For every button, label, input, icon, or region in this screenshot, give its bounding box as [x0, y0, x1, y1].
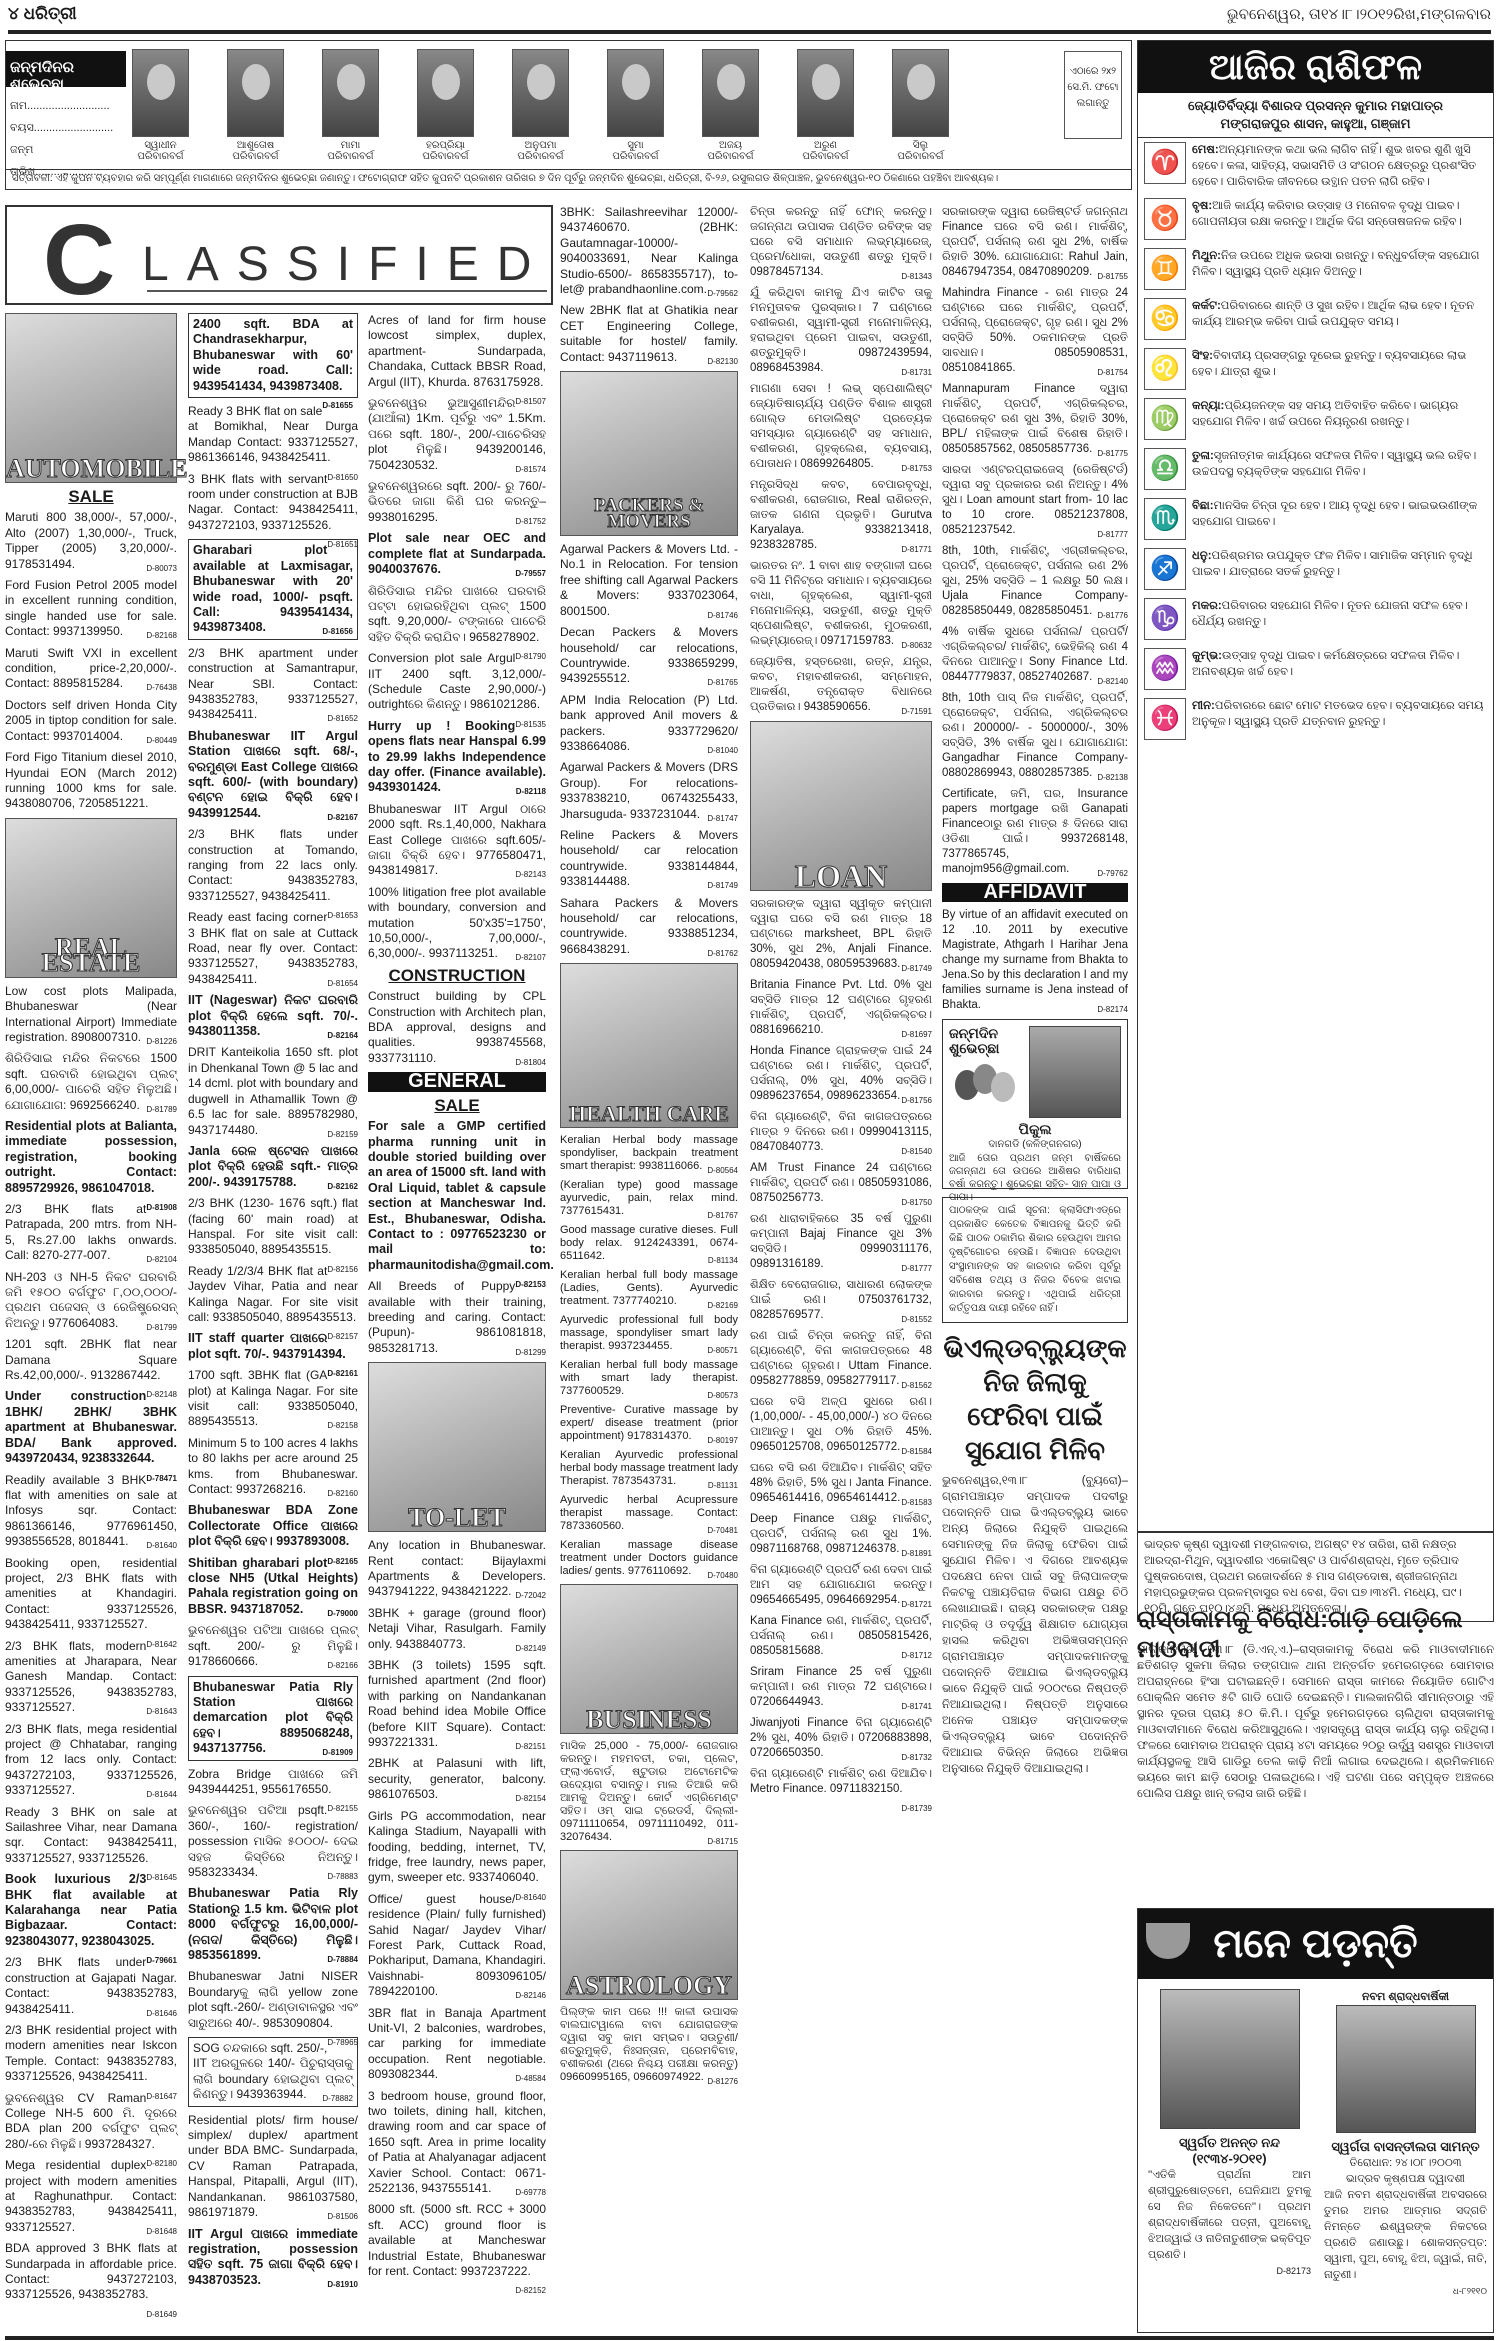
classified-ad: ସରକାରଙ୍କ ଦ୍ୱାରା ସ୍ୱୀକୃତ କମ୍ପାନୀ ଦ୍ୱାରା ଘ…: [750, 897, 932, 972]
classified-ad: Minimum 5 to 100 acres 4 lakhs to 80 lak…: [188, 1436, 358, 1498]
ad-code: D-82149: [515, 1641, 546, 1656]
classified-ad: ଯୁଁ କରିଥିବା କାମକୁ ଯିଏ କାଟିବ ତାକୁ ମନମୁତାବ…: [750, 286, 932, 376]
construction-ad: Construct building by CPL Construction w…: [368, 989, 546, 1066]
zodiac-name: କର୍କଟ:: [1192, 300, 1221, 312]
classified-ad: IIT Argul ପାଖରେ immediate registration, …: [188, 2227, 358, 2289]
tolet-label: TO-LET: [369, 1510, 545, 1525]
ad-text: Gharabari plot available at Laxmisagar, …: [193, 543, 353, 634]
column-astrology-loan: ଚିନ୍ତା କରନ୍ତୁ ନାହିଁ ଫୋନ୍ କରନ୍ତୁ। ଜଗନ୍ନାଥ…: [750, 205, 932, 1816]
kid-family: ପରିବାରବର୍ଗ: [607, 151, 664, 162]
coupon-age-field: ବୟସ..........................: [10, 117, 128, 139]
kid-name: ଅରୁଣ: [797, 140, 854, 151]
ad-code: D-81507: [515, 394, 546, 409]
health-care-image: HEALTH CARE: [560, 963, 738, 1128]
horoscope-title: ଆଜିର ରାଶିଫଳ: [1138, 41, 1493, 93]
zodiac-sign-item: ♏ବିଛା:ମାନସିକ ଚିନ୍ତା ଦୂର ହେବ। ଆୟ ବୃଦ୍ଧି ହ…: [1138, 494, 1493, 544]
ad-code: D-81644: [146, 1787, 177, 1802]
astrology-label: ASTROLOGY: [561, 1978, 737, 1993]
ad-code: D-82169: [707, 1299, 738, 1312]
ad-code: D-81746: [707, 608, 738, 623]
general-sale-heading: SALE: [368, 1098, 546, 1113]
zodiac-icon: ♊: [1144, 248, 1186, 290]
memorial-text-left: ''ଏତିକି ପ୍ରାର୍ଥନା ଆମ ଶ୍ରୀପୁରୁଷୋତ୍ତମେ, ଘେ…: [1142, 2167, 1317, 2263]
classified-ad: Keralian Herbal body massage spondyliser…: [560, 1134, 738, 1173]
classified-ad: Honda Finance ଗ୍ରାହକଙ୍କ ପାଇଁ 24 ଘଣ୍ଟାରେ …: [750, 1044, 932, 1104]
ad-code: D-81646: [146, 2006, 177, 2021]
ad-code: D-82118: [516, 784, 546, 799]
classified-initial: C: [43, 203, 115, 318]
ad-code: D-82180: [146, 2156, 177, 2171]
ad-text: Bhubaneswar Jatni NISER Boundaryକୁ ଲାଗି …: [188, 1969, 358, 2029]
zodiac-sign-item: ♌ସିଂହ:ବିବାଦୀୟ ପ୍ରସଙ୍ଗରୁ ଦୂରେଇ ରୁହନ୍ତୁ। ବ…: [1138, 344, 1493, 394]
classified-ad: 3BHK (3 toilets) 1595 sqft. furnished ap…: [368, 1658, 546, 1750]
zodiac-name: ମିଥୁନ:: [1192, 250, 1221, 262]
ad-code: D-81648: [146, 2224, 177, 2239]
finance-ad-list: ସରକାରଙ୍କ ଦ୍ୱାରା ରେଜିଷ୍ଟର୍ଡ ଜଗନ୍ନାଥ Finan…: [942, 205, 1128, 877]
packers-movers-image: PACKERS & MOVERS: [560, 371, 738, 536]
classified-ad: Keralian massage disease treatment under…: [560, 1539, 738, 1578]
classified-ad: Agarwal Packers & Movers (DRS Group). Fo…: [560, 760, 738, 822]
baby-name: ପିକୁଲ: [949, 1122, 1121, 1137]
ad-text: 2/3 BHK apartment under construction at …: [188, 646, 358, 722]
classified-ad: Bhubaneswar Patia Rly Station ପାଖରେ dema…: [188, 1676, 358, 1761]
kid-name: ହରପ୍ରିୟା: [417, 140, 474, 151]
ad-text: DRIT Kanteikolia 1650 sft. plot in Dhenk…: [188, 1045, 358, 1136]
ad-code: D-82166: [327, 1658, 358, 1673]
ad-text: ଯୁଁ କରିଥିବା କାମକୁ ଯିଏ କାଟିବ ତାକୁ ମନମୁତାବ…: [750, 287, 932, 374]
ad-text: ଭାରତର ନଂ. 1 ବାବା ଶାହ ବଙ୍ଗାଳୀ ଘରେ ବସି 11 …: [750, 560, 932, 647]
classified-ad: 1201 sqft. 2BHK flat near Damana Square …: [5, 1337, 177, 1383]
ad-code: D-82152: [515, 2283, 546, 2298]
ad-code: D-81040: [707, 743, 738, 758]
ad-code: D-82146: [515, 1988, 546, 2003]
ad-code: D-81765: [707, 675, 738, 690]
zodiac-icon: ♉: [1144, 198, 1186, 240]
ad-code: D-81790: [515, 649, 546, 664]
ad-code: D-81756: [901, 1093, 932, 1108]
ad-code: D-82151: [515, 1739, 546, 1754]
real-estate-image: REAL ESTATE: [5, 818, 177, 978]
classified-ad: NH-203 ଓ NH-5 ନିକଟ ଘରବାରି ଜମି ୧୫୦୦ ବର୍ଗଫ…: [5, 1270, 177, 1332]
loan-image: LOAN: [750, 721, 932, 891]
ad-code: D-82158: [327, 1418, 358, 1433]
birthday-photo-row: ସ୍ୱାଧୀନପରିବାରବର୍ଗ ଆଶୁତୋଷପରିବାରବର୍ଗ ମାମାପ…: [132, 49, 949, 162]
kid-family: ପରିବାରବର୍ଗ: [512, 151, 569, 162]
classified-ad: Keralian herbal full body massage (Ladie…: [560, 1269, 738, 1308]
ad-code: D-81741: [901, 1699, 932, 1714]
ad-code: D-81583: [901, 1495, 932, 1510]
classified-ad: ଘରେ ବସି ରଣ ଦିଆଯିବ। ମାର୍କଶିଟ୍ ସହିତ 48% ରି…: [750, 1461, 932, 1506]
zodiac-text-block: କନ୍ୟା:ପ୍ରିୟଜନଙ୍କ ସହ ସମୟ ଅତିବାହିତ କରିବେ। …: [1192, 398, 1487, 440]
ad-code: D-82104: [146, 1252, 177, 1267]
tolet-image: TO-LET: [368, 1362, 546, 1532]
ad-code: D-81299: [515, 1345, 546, 1360]
zodiac-sign-item: ♍କନ୍ୟା:ପ୍ରିୟଜନଙ୍କ ସହ ସମୟ ଅତିବାହିତ କରିବେ।…: [1138, 394, 1493, 444]
classified-ad: APM India Relocation (P) Ltd. bank appro…: [560, 693, 738, 755]
ad-code: D-76438: [146, 680, 177, 695]
ad-text: Bhubaneswar Patia Rly Stationରୁ 1.5 km. …: [188, 1886, 358, 1962]
ad-code: D-81747: [707, 811, 738, 826]
classified-ad: ରଣ ପାଇଁ ଚିନ୍ତା କରନ୍ତୁ ନାହିଁ, ବିନା ଗ୍ୟାରେ…: [750, 1329, 932, 1389]
classified-ad: Ayurvedic herbal Acupressure therapist m…: [560, 1494, 738, 1533]
birthday-greeting-pikul: ଜନ୍ମଦିନ ଶୁଭେଚ୍ଛା ପିକୁଲ ଦାନଗଡି (କଳିଙ୍ଗନଗର…: [942, 1019, 1128, 1189]
property-ad-list: 2400 sqft. BDA at Chandrasekharpur, Bhub…: [188, 313, 358, 2288]
packers-label: PACKERS & MOVERS: [561, 498, 737, 529]
kid-card: ଅଜୟପରିବାରବର୍ଗ: [702, 49, 759, 162]
ad-code: D-80449: [146, 733, 177, 748]
ad-text: ସରକାରଙ୍କ ଦ୍ୱାରା ରେଜିଷ୍ଟର୍ଡ ଜଗନ୍ନାଥ Finan…: [942, 206, 1128, 278]
vlw-news-body: ଭୁବନେଶ୍ୱର,୧୩।୮ (ବ୍ୟୁରୋ)– ଗ୍ରାମପଞ୍ଚାୟତ ସମ…: [942, 1473, 1128, 1777]
ad-text: 8th, 10th, ମାର୍କଶିଟ୍, ଏଗ୍ରୀକଲ୍ଚର, ପ୍ରପର୍…: [942, 545, 1128, 617]
ad-code: D-80571: [707, 1344, 738, 1357]
kid-name: ମାମା: [322, 140, 379, 151]
ad-text: Certificate, ଜମି, ଘର, Insurance papers m…: [942, 788, 1128, 875]
classified-ad: DRIT Kanteikolia 1650 sft. plot in Dhenk…: [188, 1045, 358, 1137]
classified-ad: Bhubaneswar IIT Argul ଠାରେ 2000 sqft. Rs…: [368, 802, 546, 879]
memorial-text-right: ଆଜି ନବମ ଶ୍ରାଦ୍ଧବାର୍ଷିକୀ ଅବସରରେ ତୁମର ଅମର …: [1318, 2187, 1493, 2283]
ad-code: D-82154: [515, 1791, 546, 1806]
column-finance-affidavit: ସରକାରଙ୍କ ଦ୍ୱାରା ରେଜିଷ୍ଟର୍ଡ ଜଗନ୍ନାଥ Finan…: [942, 205, 1128, 1777]
zodiac-text-block: ସିଂହ:ବିବାଦୀୟ ପ୍ରସଙ୍ଗରୁ ଦୂରେଇ ରୁହନ୍ତୁ। ବ୍…: [1192, 348, 1487, 390]
kid-photo: [892, 49, 949, 137]
memorial-title-bar: ମନେ ପଡ଼ନ୍ତି: [1138, 1909, 1493, 1979]
ad-code: D-81754: [1097, 365, 1128, 380]
classified-ad: ଶିରିଡିସାଇ ମନ୍ଦିର ନିକଟରେ 1500 sqft. ଘରବାର…: [5, 1051, 177, 1113]
ad-text: 3BHK (3 toilets) 1595 sqft. furnished ap…: [368, 1658, 546, 1749]
baby-place: ଦାନଗଡି (କଳିଙ୍ଗନଗର): [949, 1137, 1121, 1152]
ad-code: D-82156: [327, 1262, 358, 1277]
zodiac-name: ଧନୁ:: [1192, 550, 1212, 562]
zodiac-sign-item: ♑ମକର:ପରିବାରର ସହଯୋଗ ମିଳିବ। ନୂତନ ଯୋଜନା ସଫଳ…: [1138, 594, 1493, 644]
kid-card: ସିଲୁପରିବାରବର୍ଗ: [892, 49, 949, 162]
classified-ad: Jiwanjyoti Finance ବିନା ଗ୍ୟାରେଣ୍ଟି 2% ସୁ…: [750, 1716, 932, 1761]
classified-ad: Janla ରେଳ ଷ୍ଟେସନ ପାଖରେ plot ବିକ୍ରି ହେଉଛି…: [188, 1144, 358, 1190]
ad-code: D-81643: [146, 1704, 177, 1719]
zodiac-text-block: କୁମ୍ଭ:ଉତ୍ସାହ ବୃଦ୍ଧି ପାଇବ। କର୍ମକ୍ଷେତ୍ରରେ …: [1192, 648, 1487, 690]
ad-code: D-81645: [146, 1870, 177, 1885]
memorial-left: ସ୍ୱର୍ଗତ ଅନନ୍ତ ନନ୍ଦ (୧୯୩୪-୨୦୧୧) ''ଏତିକି ପ…: [1142, 1989, 1317, 2279]
packers-ad-list: Agarwal Packers & Movers Ltd. - No.1 in …: [560, 542, 738, 957]
zodiac-text-block: ମେଷ:ଅନ୍ୟମାନଙ୍କ କଥା ଭଲ ଲାଗିବ ନାହିଁ। ଶୁଭ ଖ…: [1192, 142, 1487, 190]
ad-text: For sale a GMP certified pharma running …: [368, 1119, 554, 1272]
classified-ad: Low cost plots Malipada, Bhubaneswar (Ne…: [5, 984, 177, 1046]
classified-ad: Maruti 800 38,000/-, 57,000/-, Alto (200…: [5, 510, 177, 572]
ad-code: D-78883: [327, 1869, 358, 1884]
ad-code: D-70480: [707, 1569, 738, 1582]
ad-code: D-79661: [146, 1953, 177, 1968]
zodiac-icon: ♈: [1144, 142, 1186, 184]
kid-name: ଆଶୁତୋଷ: [227, 140, 284, 151]
kid-photo: [512, 49, 569, 137]
classified-ad: 3 bedroom house, ground floor, two toile…: [368, 2089, 546, 2197]
classified-ad: Reline Packers & Movers household/ car r…: [560, 828, 738, 890]
deceased-name-right: ସ୍ୱର୍ଗତା ବାସନ୍ତୀଲତା ସାମନ୍ତ: [1318, 2139, 1493, 2155]
classified-ad: ଘରେ ବସି ଅଳ୍ପ ସୁଧରେ ରଣ। (1,00,000/- - 45,…: [750, 1395, 932, 1455]
affidavit-heading: AFFIDAVIT: [942, 883, 1128, 902]
ad-code: D-82159: [327, 1127, 358, 1142]
column-land-general-tolet: Acres of land for firm house lowcost sim…: [368, 313, 546, 2299]
kid-card: ଅନୁପମାପରିବାରବର୍ଗ: [512, 49, 569, 162]
real-estate-label: REAL ESTATE: [6, 940, 176, 971]
ad-code: D-81649: [146, 2307, 177, 2322]
ad-text: Agarwal Packers & Movers Ltd. - No.1 in …: [560, 542, 738, 618]
ad-code: D-81697: [901, 1027, 932, 1042]
kid-name: ଅନୁପମା: [512, 140, 569, 151]
anniversary-heading: ନବମ ଶ୍ରାଦ୍ଧବାର୍ଷିକୀ: [1318, 1989, 1493, 2005]
ad-text: Residential plots/ firm house/ simplex/ …: [188, 2113, 358, 2219]
ad-code: D-81732: [901, 1750, 932, 1765]
zodiac-name: ସିଂହ:: [1192, 350, 1213, 362]
ad-text: 1201 sqft. 2BHK flat near Damana Square …: [5, 1337, 177, 1382]
ad-code: D-81343: [901, 269, 932, 284]
classified-ad: ଶିକ୍ଷିତ ବେରୋଜଗାର, ସାଧାରଣ ଲୋକଙ୍କ ପାଇଁ ରଣ।…: [750, 1278, 932, 1323]
kid-family: ପରିବାରବର୍ଗ: [702, 151, 759, 162]
ad-code: D-79562: [707, 286, 738, 301]
ad-text: ଶିରିଡିସାଇ ମନ୍ଦିର ପାଖରେ ଘରବାରି ପଟ୍ଟା ହୋଇର…: [368, 584, 546, 644]
zodiac-sign-item: ♒କୁମ୍ଭ:ଉତ୍ସାହ ବୃଦ୍ଧି ପାଇବ। କର୍ମକ୍ଷେତ୍ରରେ…: [1138, 644, 1493, 694]
ad-code: D-81642: [146, 1637, 177, 1652]
ad-code: D-81776: [1097, 608, 1128, 623]
ad-text: 3 bedroom house, ground floor, two toile…: [368, 2089, 546, 2195]
classified-ad: Sahara Packers & Movers household/ car r…: [560, 896, 738, 958]
kid-family: ପରିବାରବର୍ଗ: [417, 151, 474, 162]
ad-code: D-81752: [515, 514, 546, 529]
loan-label: LOAN: [751, 869, 931, 884]
ad-code: D-79557: [515, 566, 546, 581]
zodiac-text-block: ତୁଳା:ସୃଜନାତ୍ମକ କାର୍ଯ୍ୟରେ ସଫଳତା ମିଳିବ। ସ୍…: [1192, 448, 1487, 490]
ad-code: D-81731: [901, 365, 932, 380]
ad-code: D-81535: [515, 717, 546, 732]
classified-ad: 2400 sqft. BDA at Chandrasekharpur, Bhub…: [188, 313, 358, 398]
ad-code: D-81584: [901, 1444, 932, 1459]
classified-ad: Bhubaneswar BDA Zone Collectorate Office…: [188, 1503, 358, 1549]
zodiac-name: କୁମ୍ଭ:: [1192, 650, 1222, 662]
ad-code: D-82162: [327, 1179, 358, 1194]
ad-text: Mannapuram Finance ଦ୍ୱାରା ମାର୍କଶିଟ୍, ପ୍ର…: [942, 383, 1128, 455]
birthday-wishes-strip: ଜନ୍ମଦିନର ଶୁଭେଚ୍ଛା ନାମ...................…: [5, 40, 1132, 190]
zodiac-sign-item: ♐ଧନୁ:ପରିଶ୍ରମର ଉପଯୁକ୍ତ ଫଳ ମିଳିବ। ସାମାଜିକ …: [1138, 544, 1493, 594]
classified-ad: 8000 sft. (5000 sft. RCC + 3000 sft. ACC…: [368, 2202, 546, 2279]
vlw-news-headline: ଭିଏଲ୍‌ଡବ୍ଲ୍ୟୁଙ୍କ ନିଜ ଜିଲାକୁ ଫେରିବା ପାଇଁ …: [942, 1331, 1128, 1467]
ad-code: D-82143: [515, 867, 546, 882]
ad-code: D-80564: [707, 1164, 738, 1177]
classified-ad: ଜ୍ୟୋତିଷ, ହସ୍ତରେଖା, ରତ୍ନ, ଯନ୍ତ୍ର, କବଚ, ମହ…: [750, 655, 932, 715]
ad-code: D-80197: [707, 1434, 738, 1447]
classified-ad: Deep Finance ପକ୍ଷରୁ ମାର୍କଶିଟ୍, ପ୍ରପର୍ଟି,…: [750, 1512, 932, 1557]
ad-code: D-81749: [707, 878, 738, 893]
kid-photo: [797, 49, 854, 137]
classified-ad: ବିନା ଗ୍ୟାରେଣ୍ଟି ପ୍ରପର୍ଟି ରଣ ଦେବା ପାଇଁ ଆମ…: [750, 1563, 932, 1608]
business-label: BUSINESS: [561, 1712, 737, 1727]
column-services: 3BHK: Sailashreevihar 12000/- 9437460670…: [560, 205, 738, 2090]
kid-card: ହରପ୍ରିୟାପରିବାରବର୍ଗ: [417, 49, 474, 162]
zodiac-sign-item: ♓ମୀନ:ପରିବାରରେ ଛୋଟ ମୋଟ ମତଭେଦ ହେବ। ବ୍ୟବସାୟ…: [1138, 694, 1493, 744]
zodiac-text-block: ଧନୁ:ପରିଶ୍ରମର ଉପଯୁକ୍ତ ଫଳ ମିଳିବ। ସାମାଜିକ ସ…: [1192, 548, 1487, 590]
ad-text: 100% litigation free plot available with…: [368, 885, 546, 961]
ad-code: D-82157: [327, 1329, 358, 1344]
column-property-ads: 2400 sqft. BDA at Chandrasekharpur, Bhub…: [188, 313, 358, 2294]
ad-code: D-71591: [901, 704, 932, 719]
ad-text: Bhubaneswar IIT Argul Station ପାଖରେ sqft…: [188, 729, 358, 820]
kid-card: ସ୍ୱାଧୀନପରିବାରବର୍ଗ: [132, 49, 189, 162]
ad-code: D-81652: [327, 711, 358, 726]
zodiac-sign-item: ♎ତୁଳା:ସୃଜନାତ୍ମକ କାର୍ଯ୍ୟରେ ସଫଳତା ମିଳିବ। ସ…: [1138, 444, 1493, 494]
ad-code: D-78884: [327, 1952, 358, 1967]
ad-code: D-82167: [327, 810, 358, 825]
ad-code: D-80632: [901, 638, 932, 653]
ad-text: ସାରଦା ଏଣ୍ଟରପ୍ରାଇଜେସ୍ (ରେଜିଷ୍ଟର୍ଡ) ଦ୍ୱାରା…: [942, 464, 1128, 536]
kid-photo: [132, 49, 189, 137]
business-ad: ମାସିକ 25,000 - 75,000/- ରୋଜଗାର କରନ୍ତୁ। ମ…: [560, 1740, 738, 1844]
page-header: ୪ ଧରିତ୍ରୀ ଭୁବନେଶ୍ୱର, ତା୧୪।୮।୨୦୧୨ରିଖ,ମଙ୍ଗ…: [8, 4, 1491, 30]
kid-card: ଆଶୁତୋଷପରିବାରବର୍ଗ: [227, 49, 284, 162]
zodiac-prediction: ଉତ୍ସାହ ବୃଦ୍ଧି ପାଇବ। କର୍ମକ୍ଷେତ୍ରରେ ସଫଳତା …: [1192, 650, 1459, 678]
ad-text: 2400 sqft. BDA at Chandrasekharpur, Bhub…: [193, 317, 353, 393]
zodiac-prediction: ବିବାଦୀୟ ପ୍ରସଙ୍ଗରୁ ଦୂରେଇ ରୁହନ୍ତୁ। ବ୍ୟବସାୟ…: [1192, 350, 1466, 378]
kid-card: ମାମାପରିବାରବର୍ଗ: [322, 49, 379, 162]
ad-code: D-81540: [901, 1144, 932, 1159]
classified-ad: 2/3 BHK flats, mega residential project …: [5, 1722, 177, 1799]
ad-code: D-81739: [901, 1801, 932, 1816]
ad-text: 2/3 BHK (1230- 1676 sqft.) flat (facing …: [188, 1196, 358, 1256]
kid-name: ସିଲୁ: [892, 140, 949, 151]
classified-banner: C LASSIFIED: [5, 205, 553, 305]
ad-text: Zobra Bridge ପାଖରେ ଜମି 9439444251, 95561…: [188, 1767, 358, 1796]
ad-text: Bhubaneswar IIT Argul ଠାରେ 2000 sqft. Rs…: [368, 802, 546, 878]
classified-ad: Britania Finance Pvt. Ltd. 0% ସୁଧ ସବ୍‌ସି…: [750, 978, 932, 1038]
classified-ad: Mahindra Finance - ରଣ ମାତ୍ର 24 ଘଣ୍ଟାରେ ଘ…: [942, 286, 1128, 376]
memorial-title: ମନେ ପଡ଼ନ୍ତି: [1213, 1922, 1417, 1966]
zodiac-name: ମକର:: [1192, 600, 1222, 612]
ad-code: D-81891: [901, 1546, 932, 1561]
zodiac-name: ମୀନ:: [1192, 700, 1215, 712]
deceased-years: (୧୯୩୪-୨୦୧୧): [1142, 2151, 1317, 2167]
ad-code: D-82153: [515, 1277, 546, 1292]
kid-name: ସୁମା: [607, 140, 664, 151]
classified-ad: Ford Fusion Petrol 2005 model in excelle…: [5, 578, 177, 640]
kid-family: ପରିବାରବର୍ଗ: [892, 151, 949, 162]
classified-ad: BDA approved 3 BHK flats at Sundarpada i…: [5, 2241, 177, 2303]
header-rule: [8, 30, 1491, 34]
general-ad-list: For sale a GMP certified pharma running …: [368, 1119, 546, 1356]
ad-code: D-81910: [327, 2277, 358, 2292]
zodiac-sign-item: ♈ମେଷ:ଅନ୍ୟମାନଙ୍କ କଥା ଭଲ ଲାଗିବ ନାହିଁ। ଶୁଭ …: [1138, 138, 1493, 194]
kid-family: ପରିବାରବର୍ଗ: [322, 151, 379, 162]
ad-code: D-78471: [146, 1471, 177, 1486]
tolet-ad-list: Any location in Bhubaneswar. Rent contac…: [368, 1538, 546, 2279]
ad-text: 2/3 BHK flats, mega residential project …: [5, 1722, 177, 1798]
classified-ad: Residential plots/ firm house/ simplex/ …: [188, 2113, 358, 2221]
balloon-icon: [991, 1072, 1015, 1102]
ad-code: D-82107: [515, 950, 546, 965]
classified-ad: ଭୁବନେଶ୍ୱର ପଟିଆ ପାଖରେ ପ୍ଲଟ୍ sqft. 200/- ର…: [188, 1623, 358, 1669]
classified-ad: ବିନା ଗ୍ୟାରେଣ୍ଟି, ବିନା କାଗଜପତ୍ରରେ ମାତ୍ର ୨…: [750, 1110, 932, 1155]
ad-text: Ford Figo Titanium diesel 2010, Hyundai …: [5, 750, 177, 810]
kid-name: ଅଜୟ: [702, 140, 759, 151]
ad-code: D-82140: [1097, 674, 1128, 689]
classified-ad: 3BHK + garage (ground floor) Netaji Viha…: [368, 1606, 546, 1652]
kid-family: ପରିବାରବର୍ଗ: [132, 151, 189, 162]
kid-photo: [417, 49, 474, 137]
zodiac-name: ବୃଷ:: [1192, 200, 1212, 212]
ad-code: D-82164: [327, 1028, 358, 1043]
ad-code: D-81777: [1097, 527, 1128, 542]
classified-ad: Preventive- Curative massage by expert/ …: [560, 1404, 738, 1443]
ad-code: D-81640: [515, 1890, 546, 1905]
zodiac-prediction: ପରିବାରରେ ଛୋଟ ମୋଟ ମତଭେଦ ହେବ। ବ୍ୟବସାୟରେ ସମ…: [1192, 700, 1483, 728]
ad-text: Booking open, residential project, 2/3 B…: [5, 1556, 177, 1632]
classified-ad: IIT (Nageswar) ନିକଟ ଘରବାରି plot ବିକ୍ରି ହ…: [188, 993, 358, 1039]
ad-code: D-81908: [146, 1200, 177, 1215]
banner-underline: [147, 290, 547, 292]
zodiac-prediction: ପରିବାରର ସହଯୋଗ ମିଳିବ। ନୂତନ ଯୋଜନା ସଫଳ ହେବ।…: [1192, 600, 1468, 628]
classified-ad: 2/3 BHK apartment under construction at …: [188, 646, 358, 723]
ad-text: Ready 3 BHK on sale at Sailashree Vihar,…: [5, 1805, 177, 1865]
kid-photo: [702, 49, 759, 137]
ad-code: D-80573: [707, 1389, 738, 1402]
ad-code: ଧ-୮୨୧୧୦: [1318, 2283, 1493, 2299]
astrologer-address: ମଙ୍ଗରାଜପୁର ଶାସନ, କାହୁଆ, ଗଞ୍ଜାମ: [1142, 115, 1489, 133]
ad-text: Girls PG accommodation, near Kalinga Sta…: [368, 1809, 546, 1885]
zodiac-name: ମେଷ:: [1192, 144, 1219, 156]
sale-heading: SALE: [5, 489, 177, 504]
zodiac-prediction: ସୃଜନାତ୍ମକ କାର୍ଯ୍ୟରେ ସଫଳତା ମିଳିବ। ସ୍ୱାସ୍ଥ…: [1192, 450, 1476, 478]
classified-ad: Any location in Bhubaneswar. Rent contac…: [368, 1538, 546, 1600]
classified-ad: AM Trust Finance 24 ଘଣ୍ଟାରେ ମାର୍କଶିଟ୍, ପ…: [750, 1161, 932, 1206]
classified-ad: Office/ guest house/ residence (Plain/ f…: [368, 1892, 546, 2000]
ad-code: D-70481: [707, 1524, 738, 1537]
zodiac-prediction: ପରିଶ୍ରମର ଉପଯୁକ୍ତ ଫଳ ମିଳିବ। ସାମାଜିକ ସମ୍ମା…: [1192, 550, 1473, 578]
ad-code: D-81653: [327, 908, 358, 923]
ad-code: D-82148: [146, 1387, 177, 1402]
ad-text: 8000 sft. (5000 sft. RCC + 3000 sft. ACC…: [368, 2202, 546, 2278]
deceased-photo-right: [1336, 2005, 1476, 2133]
column-automobile-realestate: AUTOMOBILE SALE Maruti 800 38,000/-, 57,…: [5, 313, 177, 2322]
astrologer-name: ଜ୍ୟୋତିର୍ବିଦ୍ୟା ବିଶାରଦ ପ୍ରସନ୍ନ କୁମାର ମହାପ…: [1142, 97, 1489, 115]
classified-ad: Ready 3 BHK on sale at Sailashree Vihar,…: [5, 1805, 177, 1867]
ad-code: D-81650: [327, 470, 358, 485]
ad-text: Bhubaneswar BDA Zone Collectorate Office…: [188, 1503, 358, 1548]
ad-code: D-78882: [322, 2091, 353, 2106]
birthday-title: ଜନ୍ମଦିନର ଶୁଭେଚ୍ଛା: [6, 51, 126, 87]
ad-code: D-81134: [708, 1254, 738, 1267]
ad-code: D-81506: [327, 2209, 358, 2224]
zodiac-sign-item: ♋କର୍କଟ:ପରିବାରରେ ଶାନ୍ତି ଓ ସୁଖ ରହିବ। ଆର୍ଥି…: [1138, 294, 1493, 344]
ad-code: D-48584: [515, 2071, 546, 2086]
tithi: ଭାଦ୍ରବ କୃଷ୍ଣପକ୍ଷ ଦ୍ୱାଦଶୀ: [1318, 2171, 1493, 2187]
kid-family: ପରିବାରବର୍ଗ: [227, 151, 284, 162]
classified-ad: Bhubaneswar Jatni NISER Boundaryକୁ ଲାଗି …: [188, 1969, 358, 2031]
classified-ad: Zobra Bridge ପାଖରେ ଜମି 9439444251, 95561…: [188, 1767, 358, 1798]
business-image: BUSINESS: [560, 1584, 738, 1734]
zodiac-text-block: ବୃଷ:ଆଜି କାର୍ଯ୍ୟ କରିବାର ଉତ୍ସାହ ଓ ମନୋବଳ ବୃ…: [1192, 198, 1487, 240]
ad-text: Office/ guest house/ residence (Plain/ f…: [368, 1892, 546, 1998]
ad-text: 2/3 BHK flats under construction at Toma…: [188, 827, 358, 903]
ad-code: D-81749: [901, 961, 932, 976]
zodiac-icon: ♐: [1144, 548, 1186, 590]
ad-text: Mahindra Finance - ରଣ ମାତ୍ର 24 ଘଣ୍ଟାରେ ଘ…: [942, 287, 1128, 374]
kid-photo: [607, 49, 664, 137]
land-ad-list: Acres of land for firm house lowcost sim…: [368, 313, 546, 962]
classified-ad: Acres of land for firm house lowcost sim…: [368, 313, 546, 390]
memorial-notice: ମନେ ପଡ଼ନ୍ତି ସ୍ୱର୍ଗତ ଅନନ୍ତ ନନ୍ଦ (୧୯୩୪-୨୦୧…: [1137, 1908, 1494, 2333]
classified-ad: Decan Packers & Movers household/ car re…: [560, 625, 738, 687]
ad-code: D-81775: [1097, 446, 1128, 461]
ad-code: D-80073: [146, 561, 177, 576]
ad-code: D-81574: [515, 462, 546, 477]
classified-ad: Keralian Ayurvedic professional herbal b…: [560, 1449, 738, 1488]
greeting-message: ଆଜି ତୋର ପ୍ରଥମ ଜନ୍ମ ବାର୍ଷିକରେ ଜଗନ୍ନାଥ ତୋ …: [949, 1152, 1121, 1204]
